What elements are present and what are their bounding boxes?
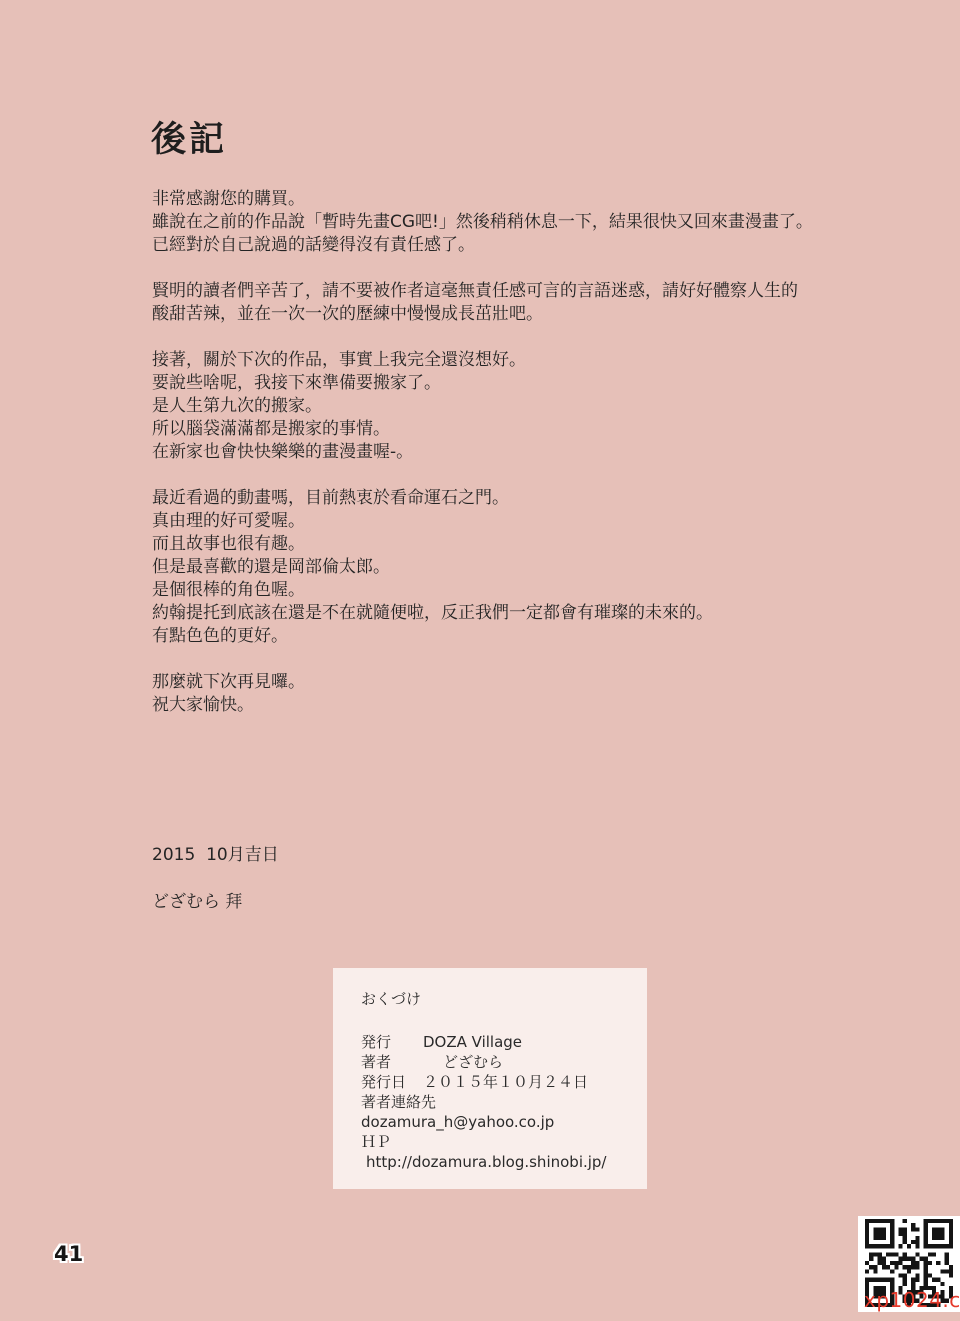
colophon-author-row: 著者 どざむら bbox=[361, 1052, 619, 1072]
pub-date-value: ２０１５年１０月２４日 bbox=[423, 1072, 588, 1092]
colophon-title: おくづけ bbox=[361, 989, 619, 1009]
author-value: どざむら bbox=[423, 1052, 503, 1072]
colophon-publisher-row: 発行 DOZA Village bbox=[361, 1032, 619, 1052]
afterword-paragraph: 接著，關於下次的作品，事實上我完全還沒想好。 要說些啥呢，我接下來準備要搬家了。… bbox=[152, 349, 900, 464]
afterword-paragraph: 賢明的讀者們辛苦了，請不要被作者這毫無責任感可言的言語迷惑，請好好體察人生的 酸… bbox=[152, 280, 900, 326]
publisher-value: DOZA Village bbox=[423, 1032, 522, 1052]
publisher-label: 発行 bbox=[361, 1032, 423, 1052]
author-signature: どざむら 拜 bbox=[152, 891, 279, 914]
page-number: 41 bbox=[54, 1242, 83, 1266]
afterword-body: 非常感謝您的購買。 雖說在之前的作品說「暫時先畫CG吧!」然後稍稍休息一下，結果… bbox=[152, 188, 900, 740]
author-homepage-url: http://dozamura.blog.shinobi.jp/ bbox=[361, 1152, 619, 1172]
afterword-date: 2015 10月吉日 bbox=[152, 844, 279, 867]
colophon-box: おくづけ 発行 DOZA Village 著者 どざむら 発行日 ２０１５年１０… bbox=[333, 968, 647, 1189]
afterword-paragraph: 那麼就下次再見囉。 祝大家愉快。 bbox=[152, 671, 900, 717]
colophon-date-row: 発行日 ２０１５年１０月２４日 bbox=[361, 1072, 619, 1092]
date-signature-block: 2015 10月吉日 どざむら 拜 bbox=[152, 844, 279, 914]
afterword-paragraph: 最近看過的動畫嗎，目前熱衷於看命運石之門。 真由理的好可愛喔。 而且故事也很有趣… bbox=[152, 487, 900, 648]
pub-date-label: 発行日 bbox=[361, 1072, 423, 1092]
watermark-site-text: xp1024.com bbox=[864, 1288, 960, 1312]
hp-label: ＨＰ bbox=[361, 1132, 619, 1152]
page-title: 後記 bbox=[151, 112, 227, 162]
author-email: dozamura_h@yahoo.co.jp bbox=[361, 1112, 619, 1132]
afterword-page: 後記 非常感謝您的購買。 雖說在之前的作品說「暫時先畫CG吧!」然後稍稍休息一下… bbox=[0, 0, 960, 1321]
afterword-paragraph: 非常感謝您的購買。 雖說在之前的作品說「暫時先畫CG吧!」然後稍稍休息一下，結果… bbox=[152, 188, 900, 257]
author-label: 著者 bbox=[361, 1052, 423, 1072]
watermark-qr-block: xp1024.com bbox=[858, 1216, 960, 1312]
contact-label: 著者連絡先 bbox=[361, 1092, 619, 1112]
